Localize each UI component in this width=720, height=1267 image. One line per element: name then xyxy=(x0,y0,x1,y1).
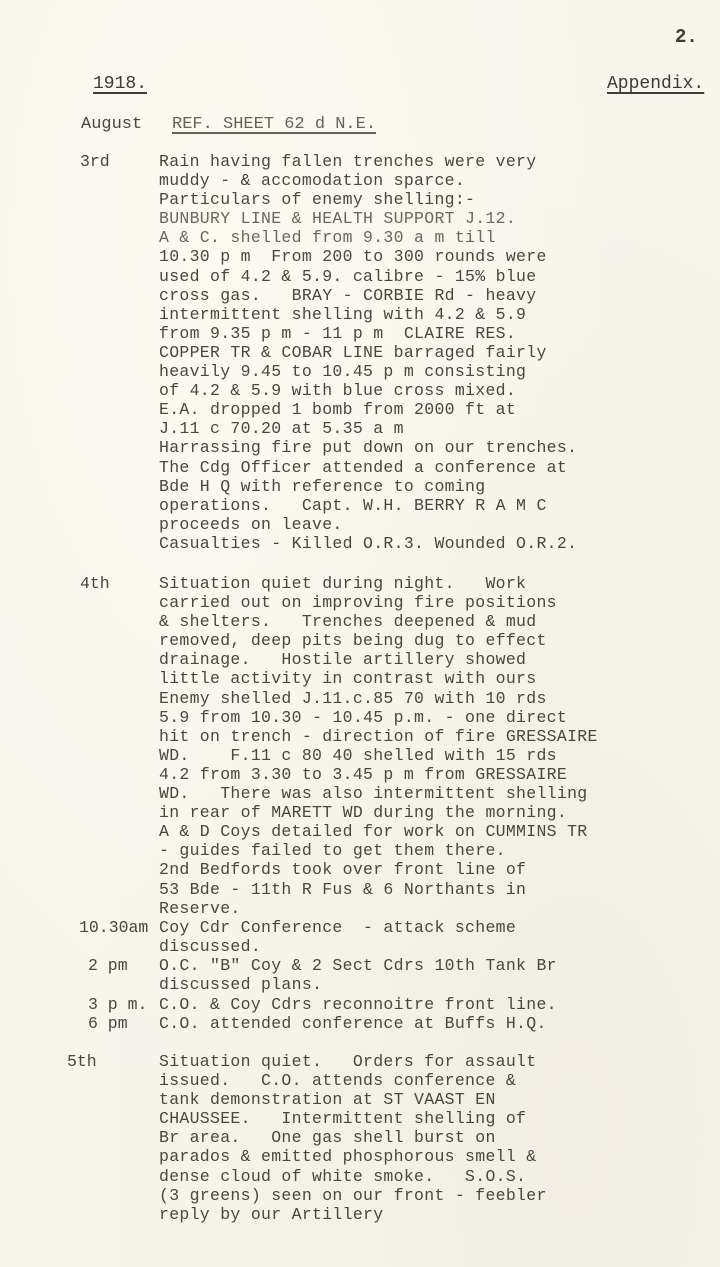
entry-line: of 4.2 & 5.9 with blue cross mixed. xyxy=(159,381,577,400)
entry-line: carried out on improving fire positions xyxy=(159,593,598,612)
entry-line: Enemy shelled J.11.c.85 70 with 10 rds xyxy=(159,689,598,708)
page-number: 2. xyxy=(675,26,698,48)
entry-line: & shelters. Trenches deepened & mud xyxy=(159,612,598,631)
entry-line: Br area. One gas shell burst on xyxy=(159,1128,547,1147)
entry-line: drainage. Hostile artillery showed xyxy=(159,650,598,669)
month-label: August xyxy=(81,115,142,134)
entry-time: 10.30am xyxy=(79,918,148,937)
appendix-heading: Appendix. xyxy=(607,74,704,94)
entry-line: little activity in contrast with ours xyxy=(159,669,598,688)
entry-line: C.O. & Coy Cdrs reconnoitre front line. xyxy=(159,995,557,1014)
entry-line: discussed. xyxy=(159,937,516,956)
entry-line: Rain having fallen trenches were very xyxy=(159,152,577,171)
entry-line: A & C. shelled from 9.30 a m till xyxy=(159,228,577,247)
entry-line: issued. C.O. attends conference & xyxy=(159,1071,547,1090)
entry-line: Harrassing fire put down on our trenches… xyxy=(159,438,577,457)
entry-line: BUNBURY LINE & HEALTH SUPPORT J.12. xyxy=(159,209,577,228)
entry-line: Situation quiet during night. Work xyxy=(159,574,598,593)
entry-time: 3 p m. xyxy=(88,995,147,1014)
entry-line: parados & emitted phosphorous smell & xyxy=(159,1147,547,1166)
entry-text: Situation quiet. Orders for assault issu… xyxy=(159,1052,547,1224)
entry-line: Casualties - Killed O.R.3. Wounded O.R.2… xyxy=(159,534,577,553)
entry-line: CHAUSSEE. Intermittent shelling of xyxy=(159,1109,547,1128)
entry-line: COPPER TR & COBAR LINE barraged fairly xyxy=(159,343,577,362)
entry-text: C.O. & Coy Cdrs reconnoitre front line. xyxy=(159,995,557,1014)
entry-line: Bde H Q with reference to coming xyxy=(159,477,577,496)
entry-line: proceeds on leave. xyxy=(159,515,577,534)
entry-line: - guides failed to get them there. xyxy=(159,841,598,860)
entry-line: cross gas. BRAY - CORBIE Rd - heavy xyxy=(159,286,577,305)
entry-line: heavily 9.45 to 10.45 p m consisting xyxy=(159,362,577,381)
entry-line: used of 4.2 & 5.9. calibre - 15% blue xyxy=(159,267,577,286)
entry-line: Coy Cdr Conference - attack scheme xyxy=(159,918,516,937)
entry-time: 6 pm xyxy=(88,1014,128,1033)
entry-text: Rain having fallen trenches were very mu… xyxy=(159,152,577,553)
entry-line: in rear of MARETT WD during the morning. xyxy=(159,803,598,822)
entry-date: 4th xyxy=(80,574,110,593)
entry-line: intermittent shelling with 4.2 & 5.9 xyxy=(159,305,577,324)
map-reference: REF. SHEET 62 d N.E. xyxy=(172,115,376,134)
entry-line: discussed plans. xyxy=(159,975,557,994)
year-heading: 1918. xyxy=(93,74,147,94)
entry-line: Situation quiet. Orders for assault xyxy=(159,1052,547,1071)
entry-date: 5th xyxy=(67,1052,97,1071)
entry-line: 53 Bde - 11th R Fus & 6 Northants in xyxy=(159,880,598,899)
entry-line: from 9.35 p m - 11 p m CLAIRE RES. xyxy=(159,324,577,343)
entry-text: O.C. "B" Coy & 2 Sect Cdrs 10th Tank Br … xyxy=(159,956,557,994)
entry-line: 4.2 from 3.30 to 3.45 p m from GRESSAIRE xyxy=(159,765,598,784)
entry-line: 2nd Bedfords took over front line of xyxy=(159,860,598,879)
entry-time: 2 pm xyxy=(88,956,128,975)
entry-line: reply by our Artillery xyxy=(159,1205,547,1224)
entry-line: WD. There was also intermittent shelling xyxy=(159,784,598,803)
entry-line: C.O. attended conference at Buffs H.Q. xyxy=(159,1014,547,1033)
entry-line: O.C. "B" Coy & 2 Sect Cdrs 10th Tank Br xyxy=(159,956,557,975)
entry-line: muddy - & accomodation sparce. xyxy=(159,171,577,190)
entry-line: (3 greens) seen on our front - feebler xyxy=(159,1186,547,1205)
entry-line: operations. Capt. W.H. BERRY R A M C xyxy=(159,496,577,515)
entry-line: tank demonstration at ST VAAST EN xyxy=(159,1090,547,1109)
entry-line: A & D Coys detailed for work on CUMMINS … xyxy=(159,822,598,841)
entry-line: J.11 c 70.20 at 5.35 a m xyxy=(159,419,577,438)
entry-line: Particulars of enemy shelling:- xyxy=(159,190,577,209)
entry-line: WD. F.11 c 80 40 shelled with 15 rds xyxy=(159,746,598,765)
entry-line: Reserve. xyxy=(159,899,598,918)
entry-line: E.A. dropped 1 bomb from 2000 ft at xyxy=(159,400,577,419)
entry-line: dense cloud of white smoke. S.O.S. xyxy=(159,1167,547,1186)
entry-text: C.O. attended conference at Buffs H.Q. xyxy=(159,1014,547,1033)
entry-line: 10.30 p m From 200 to 300 rounds were xyxy=(159,247,577,266)
entry-date: 3rd xyxy=(80,152,110,171)
entry-line: The Cdg Officer attended a conference at xyxy=(159,458,577,477)
entry-line: 5.9 from 10.30 - 10.45 p.m. - one direct xyxy=(159,708,598,727)
entry-line: removed, deep pits being dug to effect xyxy=(159,631,598,650)
entry-line: hit on trench - direction of fire GRESSA… xyxy=(159,727,598,746)
typewritten-page: 2. 1918. Appendix. August REF. SHEET 62 … xyxy=(0,0,720,1267)
entry-text: Coy Cdr Conference - attack scheme discu… xyxy=(159,918,516,956)
entry-text: Situation quiet during night. Work carri… xyxy=(159,574,598,918)
